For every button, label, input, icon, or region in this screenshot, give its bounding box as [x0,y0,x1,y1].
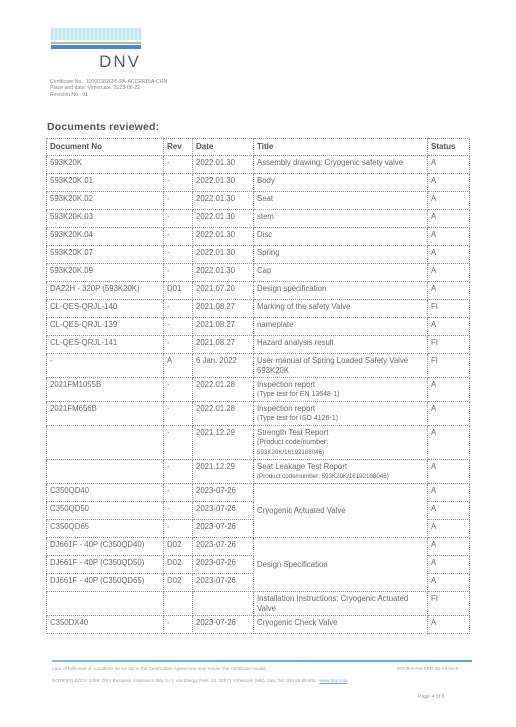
document-no-cell [47,426,164,460]
title-cell: Body [254,174,428,192]
logo-band-green [51,42,141,44]
group-title-cell: Design Specification [254,538,428,592]
title-cell: Installation Instructions: Cryogenic Act… [254,592,428,616]
date-cell: 6 Jan. 2022 [193,354,254,378]
title-subtext: 593K20K/16192108046) [257,448,424,458]
title-text: Strength Test Report [257,428,424,438]
title-cell: stem [254,210,428,228]
status-cell: A [428,228,470,246]
rev-cell: D02 [164,574,193,592]
date-cell: 2022.01.30 [193,192,254,210]
title-text: Cap [257,266,424,276]
title-text: Hazard analysis result [257,338,424,348]
status-cell: A [428,402,470,426]
title-text: Disc [257,230,424,240]
table-row: 593K20K.07-2022.01.30SpringA [47,246,470,264]
table-row: 2021FM1055B-2022.01.28Inspection report(… [47,378,470,402]
table-header-row: Document No Rev Date Title Status [47,139,470,156]
title-cell: Strength Test Report(Product code/number… [254,426,428,460]
rev-cell: - [164,192,193,210]
title-text: User manual of Spring Loaded Safety Valv… [257,356,424,376]
rev-cell: - [164,520,193,538]
table-row: 593K20K.09-2022.01.30CapA [47,264,470,282]
document-no-cell: C350QD40 [47,484,164,502]
title-cell: Seat [254,192,428,210]
status-cell: A [428,556,470,574]
status-cell: A [428,460,470,484]
title-text: Inspection report [257,404,424,414]
footer-disclaimer: Lack of fulfilment of conditions as set … [52,666,267,671]
table-row: C350DX40-2023-07-26Cryogenic Check Valve… [47,616,470,634]
logo-wordmark: DNV [51,52,141,72]
status-cell: A [428,484,470,502]
document-no-cell: C350QD65 [47,520,164,538]
status-cell: A [428,378,470,402]
date-cell: 2021.08.27 [193,318,254,336]
table-row: CL-QES-QRJL-141-2021.08.27Hazard analysi… [47,336,470,354]
rev-cell: - [164,300,193,318]
rev-cell: - [164,460,193,484]
header-document-no: Document No [47,139,164,156]
footer-address: NOTIFIED BODY 0496: DNV Business Assuran… [52,678,347,683]
date-cell: 2023-07-26 [193,484,254,502]
section-title: Documents reviewed: [47,121,159,133]
rev-cell: A [164,354,193,378]
footer-address-text: NOTIFIED BODY 0496: DNV Business Assuran… [52,678,318,683]
dnv-logo: DNV [51,28,141,72]
title-cell: Cryogenic Check Valve [254,616,428,634]
rev-cell: - [164,378,193,402]
date-cell: 2021.08.27 [193,300,254,318]
table-row: CL-QES-QRJL-140-2021.08.27Marking of the… [47,300,470,318]
document-no-cell: DJ661F - 40P (C350QD40) [47,538,164,556]
title-cell: Assembly drawing: Cryogenic safety valve [254,156,428,174]
title-subtext: (Product code/number: 593K20K/1619210804… [257,472,424,482]
page-number: Page 4 of 5 [418,694,445,700]
title-text: nameplate [257,320,424,330]
title-cell: Seat Leakage Test Report(Product code/nu… [254,460,428,484]
status-cell: A [428,282,470,300]
status-cell: FI [428,354,470,378]
title-cell: Design specification [254,282,428,300]
document-no-cell [47,460,164,484]
document-no-cell: DA22H - 320P (593K20K) [47,282,164,300]
rev-cell: - [164,210,193,228]
document-no-cell: - [47,354,164,378]
table-row: -A6 Jan. 2022User manual of Spring Loade… [47,354,470,378]
table-row: 593K20K.01-2022.01.30BodyA [47,174,470,192]
rev-cell: - [164,228,193,246]
title-text: Body [257,176,424,186]
status-cell: A [428,520,470,538]
document-no-cell: 593K20K.09 [47,264,164,282]
table-row: Installation Instructions: Cryogenic Act… [47,592,470,616]
rev-cell: - [164,156,193,174]
date-cell: 2023-07-26 [193,556,254,574]
table-row: 593K20K.04-2022.01.30DiscA [47,228,470,246]
title-text: Marking of the safety Valve [257,302,424,312]
status-cell: FI [428,592,470,616]
revision-number: Revision No.: 01 [50,92,167,98]
status-cell: A [428,318,470,336]
header-rev: Rev [164,139,193,156]
date-cell [193,592,254,616]
document-no-cell: C350DX40 [47,616,164,634]
table-row: 2021FM656B-2022.01.28Inspection report(T… [47,402,470,426]
table-row: -2021.12.29Strength Test Report(Product … [47,426,470,460]
rev-cell: - [164,426,193,460]
status-cell: A [428,502,470,520]
rev-cell: - [164,174,193,192]
date-cell: 2022.01.30 [193,264,254,282]
status-cell: A [428,192,470,210]
date-cell: 2023-07-26 [193,502,254,520]
date-cell: 2022.01.30 [193,174,254,192]
status-cell: A [428,426,470,460]
rev-cell: - [164,402,193,426]
header-title: Title [254,139,428,156]
logo-band-light [51,28,141,40]
document-no-cell: CL-QES-QRJL-140 [47,300,164,318]
document-no-cell: DJ661F - 40P (C350QD50) [47,556,164,574]
footer-divider [52,660,472,662]
documents-table: Document No Rev Date Title Status 593K20… [46,138,470,634]
title-text: Inspection report [257,380,424,390]
status-cell: A [428,616,470,634]
title-cell: User manual of Spring Loaded Safety Valv… [254,354,428,378]
title-cell: Marking of the safety Valve [254,300,428,318]
table-row: CL-QES-QRJL-139-2021.08.27nameplateA [47,318,470,336]
status-cell: A [428,538,470,556]
status-cell: A [428,246,470,264]
title-text: Seat Leakage Test Report [257,462,424,472]
title-cell: Cap [254,264,428,282]
title-cell: Inspection report(Type test for EN 13648… [254,378,428,402]
header-date: Date [193,139,254,156]
document-no-cell: 593K20K [47,156,164,174]
rev-cell: - [164,616,193,634]
title-cell: Disc [254,228,428,246]
status-cell: A [428,574,470,592]
title-cell: Hazard analysis result [254,336,428,354]
document-no-cell: 593K20K.01 [47,174,164,192]
document-no-cell: 593K20K.03 [47,210,164,228]
title-subtext: (Type test for ISO 4126-1) [257,414,424,424]
title-cell: nameplate [254,318,428,336]
status-cell: A [428,156,470,174]
status-cell: FI [428,300,470,318]
date-cell: 2023-07-26 [193,538,254,556]
rev-cell: D01 [164,282,193,300]
document-no-cell: 593K20K.07 [47,246,164,264]
rev-cell: - [164,246,193,264]
rev-cell: - [164,502,193,520]
status-cell: A [428,264,470,282]
date-cell: 2023-07-26 [193,520,254,538]
rev-cell: - [164,264,193,282]
table-row: DA22H - 320P (593K20K)D012021.07.20Desig… [47,282,470,300]
title-text: Assembly drawing: Cryogenic safety valve [257,158,424,168]
date-cell: 2022.01.30 [193,156,254,174]
document-no-cell: CL-QES-QRJL-141 [47,336,164,354]
table-row: C350QD40-2023-07-26Cryogenic Actuated Va… [47,484,470,502]
date-cell: 2021.12.29 [193,460,254,484]
title-text: Spring [257,248,424,258]
footer-form-code: DNVB-6-FM-PRD-05-A3 rev.0 [397,666,458,671]
footer-website-link[interactable]: www.dnv.com [319,678,347,683]
date-cell: 2022.01.30 [193,246,254,264]
date-cell: 2021.08.27 [193,336,254,354]
rev-cell: D02 [164,556,193,574]
date-cell: 2021.07.20 [193,282,254,300]
title-text: Seat [257,194,424,204]
table-row: 593K20K.03-2022.01.30stemA [47,210,470,228]
table-row: 593K20K.02-2022.01.30SeatA [47,192,470,210]
table-row: 593K20K-2022.01.30Assembly drawing: Cryo… [47,156,470,174]
date-cell: 2023-07-26 [193,616,254,634]
document-no-cell [47,592,164,616]
document-no-cell: CL-QES-QRJL-139 [47,318,164,336]
date-cell: 2022.01.30 [193,210,254,228]
document-no-cell: C350QD50 [47,502,164,520]
rev-cell: D02 [164,538,193,556]
date-cell: 2022.01.28 [193,378,254,402]
date-cell: 2021.12.29 [193,426,254,460]
table-row: -2021.12.29Seat Leakage Test Report(Prod… [47,460,470,484]
document-no-cell: 2021FM1055B [47,378,164,402]
table-row: DJ661F - 40P (C350QD40)D022023-07-26Desi… [47,538,470,556]
title-text: stem [257,212,424,222]
status-cell: A [428,210,470,228]
document-no-cell: 2021FM656B [47,402,164,426]
title-cell: Spring [254,246,428,264]
document-no-cell: DJ661F - 40P (C350QD65) [47,574,164,592]
status-cell: FI [428,336,470,354]
title-subtext: (Product code/number: [257,438,424,448]
status-cell: A [428,174,470,192]
rev-cell [164,592,193,616]
title-cell: Inspection report(Type test for ISO 4126… [254,402,428,426]
title-text: Design specification [257,284,424,294]
rev-cell: - [164,484,193,502]
document-no-cell: 593K20K.04 [47,228,164,246]
certificate-meta: Certificate No.: 10000382605-PA-ACCREDIA… [50,79,167,98]
group-title-cell: Cryogenic Actuated Valve [254,484,428,538]
date-cell: 2022.01.28 [193,402,254,426]
header-status: Status [428,139,470,156]
logo-band-blue [51,45,141,49]
date-cell: 2022.01.30 [193,228,254,246]
date-cell: 2023-07-26 [193,574,254,592]
document-no-cell: 593K20K.02 [47,192,164,210]
rev-cell: - [164,336,193,354]
rev-cell: - [164,318,193,336]
title-subtext: (Type test for EN 13648-1) [257,390,424,400]
